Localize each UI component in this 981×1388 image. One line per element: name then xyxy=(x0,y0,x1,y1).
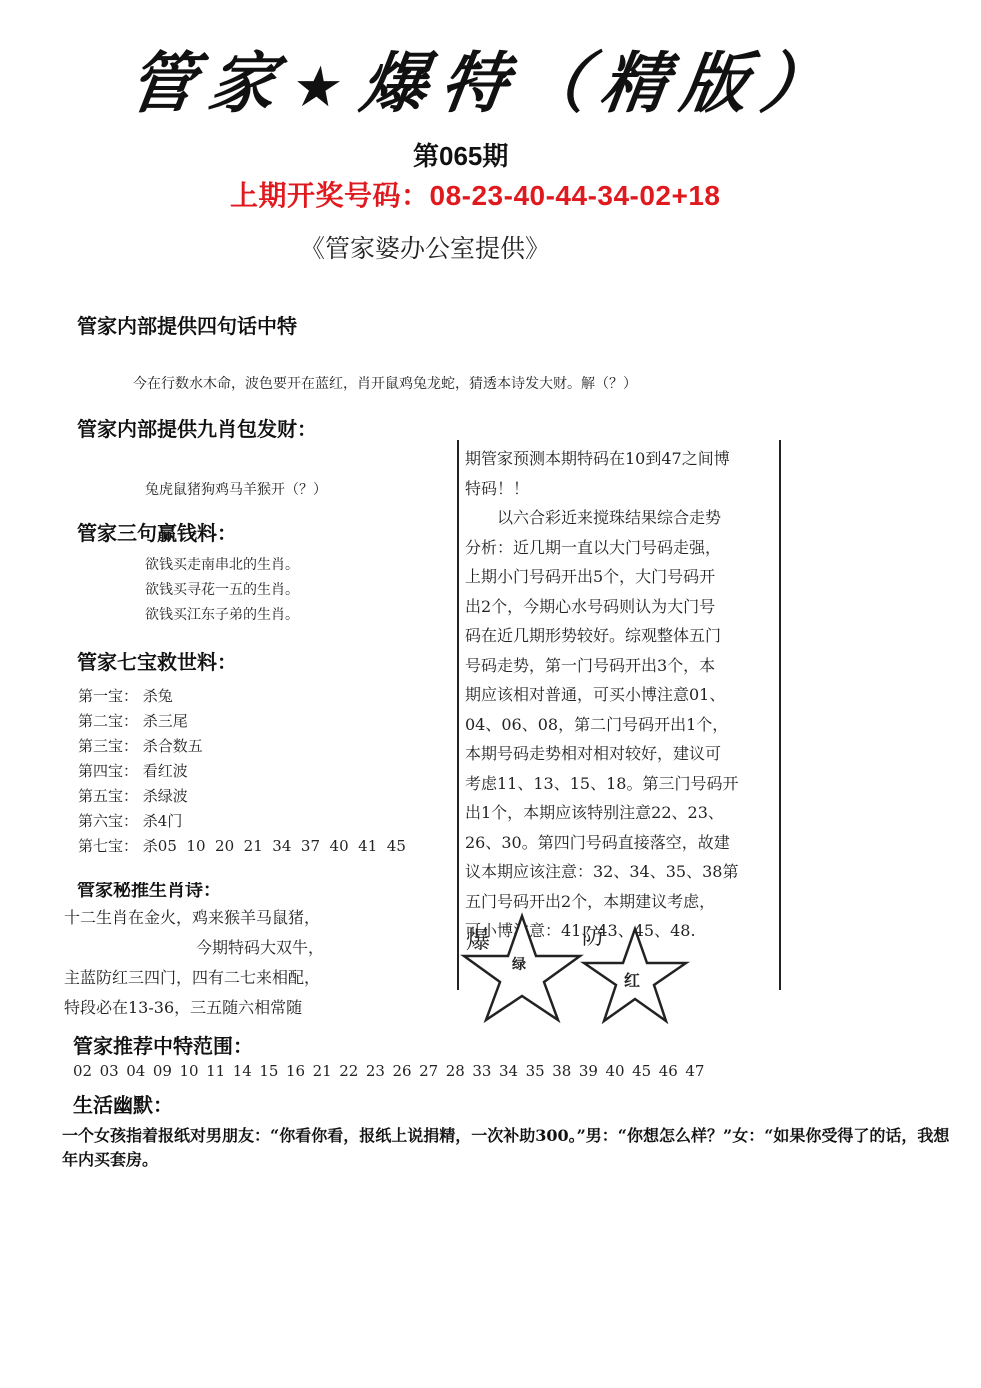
poem-line: 主蓝防红三四门，四有二七来相配， xyxy=(64,965,320,990)
analysis-line: 以六合彩近来搅珠结果综合走势 xyxy=(465,503,771,533)
analysis-line: 上期小门号码开出5个，大门号码开 xyxy=(465,562,771,592)
three-sentences-line: 欲钱买江东子弟的生肖。 xyxy=(145,604,299,624)
title-left: 管家 xyxy=(124,45,295,122)
star-red-label: 红 xyxy=(624,968,640,991)
nine-zodiac-heading: 管家内部提供九肖包发财： xyxy=(77,413,317,442)
treasure-label: 第七宝： xyxy=(78,837,138,855)
star-icon: ★ xyxy=(288,55,361,120)
analysis-line: 出2个，今期心水号码则认为大门号 xyxy=(465,592,771,622)
poem-heading: 管家秘推生肖诗： xyxy=(77,876,221,902)
treasure-label: 第一宝： xyxy=(78,687,138,705)
treasure-label: 第二宝： xyxy=(78,712,138,730)
last-draw-label: 上期开奖号码： xyxy=(230,180,430,211)
treasure-value: 杀三尾 xyxy=(143,712,188,730)
star-green-label: 绿 xyxy=(512,954,526,974)
treasure-item: 第四宝： 看红波 xyxy=(78,759,188,784)
analysis-line: 出1个，本期应该特别注意22、23、 xyxy=(465,798,771,828)
treasure-item: 第一宝： 杀兔 xyxy=(78,684,173,709)
four-sentences-heading: 管家内部提供四句话中特 xyxy=(77,310,297,339)
treasure-value: 杀合数五 xyxy=(143,737,203,755)
treasure-item: 第六宝： 杀4门 xyxy=(78,809,182,834)
analysis-box: 期管家预测本期特码在10到47之间博 特码！！ 以六合彩近来搅珠结果综合走势 分… xyxy=(457,440,781,990)
poem-line: 特段必在13-36，三五随六相常随 xyxy=(64,995,302,1020)
last-draw-result: 上期开奖号码：08-23-40-44-34-02+18 xyxy=(230,174,721,214)
treasure-item: 第二宝： 杀三尾 xyxy=(78,709,188,734)
treasure-item: 第五宝： 杀绿波 xyxy=(78,784,188,809)
nine-zodiac-text: 兔虎鼠猪狗鸡马羊猴开（？） xyxy=(145,479,327,499)
analysis-text: 期管家预测本期特码在10到47之间博 特码！！ 以六合彩近来搅珠结果综合走势 分… xyxy=(465,444,771,946)
analysis-line: 本期号码走势相对相对较好，建议可 xyxy=(465,739,771,769)
analysis-line: 考虑11、13、15、18。第三门号码开 xyxy=(465,769,771,799)
treasure-value: 杀兔 xyxy=(143,687,173,705)
provider-credit: 《管家婆办公室提供》 xyxy=(300,229,550,265)
humor-text: 一个女孩指着报纸对男朋友：“你看你看，报纸上说捐精，一次补助300。”男：“你想… xyxy=(62,1124,952,1172)
title-right: 爆特（精版） xyxy=(356,45,847,122)
poem-line: 十二生肖在金火，鸡来猴羊马鼠猪， xyxy=(64,905,320,930)
seven-treasures-heading: 管家七宝救世料： xyxy=(77,646,237,675)
analysis-line: 号码走势，第一门号码开出3个，本 xyxy=(465,651,771,681)
treasure-label: 第三宝： xyxy=(78,737,138,755)
last-draw-numbers: 08-23-40-44-34-02+18 xyxy=(430,180,721,211)
treasure-item: 第三宝： 杀合数五 xyxy=(78,734,203,759)
treasure-item: 第七宝： 杀05 10 20 21 34 37 40 41 45 xyxy=(78,834,406,859)
analysis-line: 议本期应该注意：32、34、35、38第 xyxy=(465,857,771,887)
analysis-line: 期管家预测本期特码在10到47之间博 xyxy=(465,444,771,474)
treasure-value: 看红波 xyxy=(143,762,188,780)
analysis-line: 分析：近几期一直以大门号码走强， xyxy=(465,533,771,563)
analysis-line: 期应该相对普通，可买小博注意01、 xyxy=(465,680,771,710)
range-numbers: 02 03 04 09 10 11 14 15 16 21 22 23 26 2… xyxy=(73,1059,704,1084)
treasure-value: 杀绿波 xyxy=(143,787,188,805)
three-sentences-line: 欲钱买走南串北的生肖。 xyxy=(145,554,299,574)
analysis-line: 特码！！ xyxy=(465,474,771,504)
treasure-label: 第五宝： xyxy=(78,787,138,805)
three-sentences-heading: 管家三句赢钱料： xyxy=(77,517,237,546)
treasure-value: 杀05 10 20 21 34 37 40 41 45 xyxy=(143,837,406,855)
humor-heading: 生活幽默： xyxy=(73,1089,173,1118)
analysis-line: 码在近几期形势较好。综观整体五门 xyxy=(465,621,771,651)
analysis-line: 26、30。第四门号码直接落空，故建 xyxy=(465,828,771,858)
poem-line: 今期特码大双牛， xyxy=(196,935,324,960)
analysis-line: 04、06、08，第二门号码开出1个， xyxy=(465,710,771,740)
treasure-value: 杀4门 xyxy=(143,812,183,830)
issue-number: 第065期 xyxy=(413,136,508,173)
treasure-label: 第六宝： xyxy=(78,812,138,830)
four-sentences-text: 今在行数水木命，波色要开在蓝红，肖开鼠鸡兔龙蛇，猜透本诗发大财。解（？） xyxy=(133,373,637,393)
page-title: 管家★爆特（精版） xyxy=(123,30,849,125)
range-heading: 管家推荐中特范围： xyxy=(73,1030,253,1059)
three-sentences-line: 欲钱买寻花一五的生肖。 xyxy=(145,579,299,599)
treasure-label: 第四宝： xyxy=(78,762,138,780)
